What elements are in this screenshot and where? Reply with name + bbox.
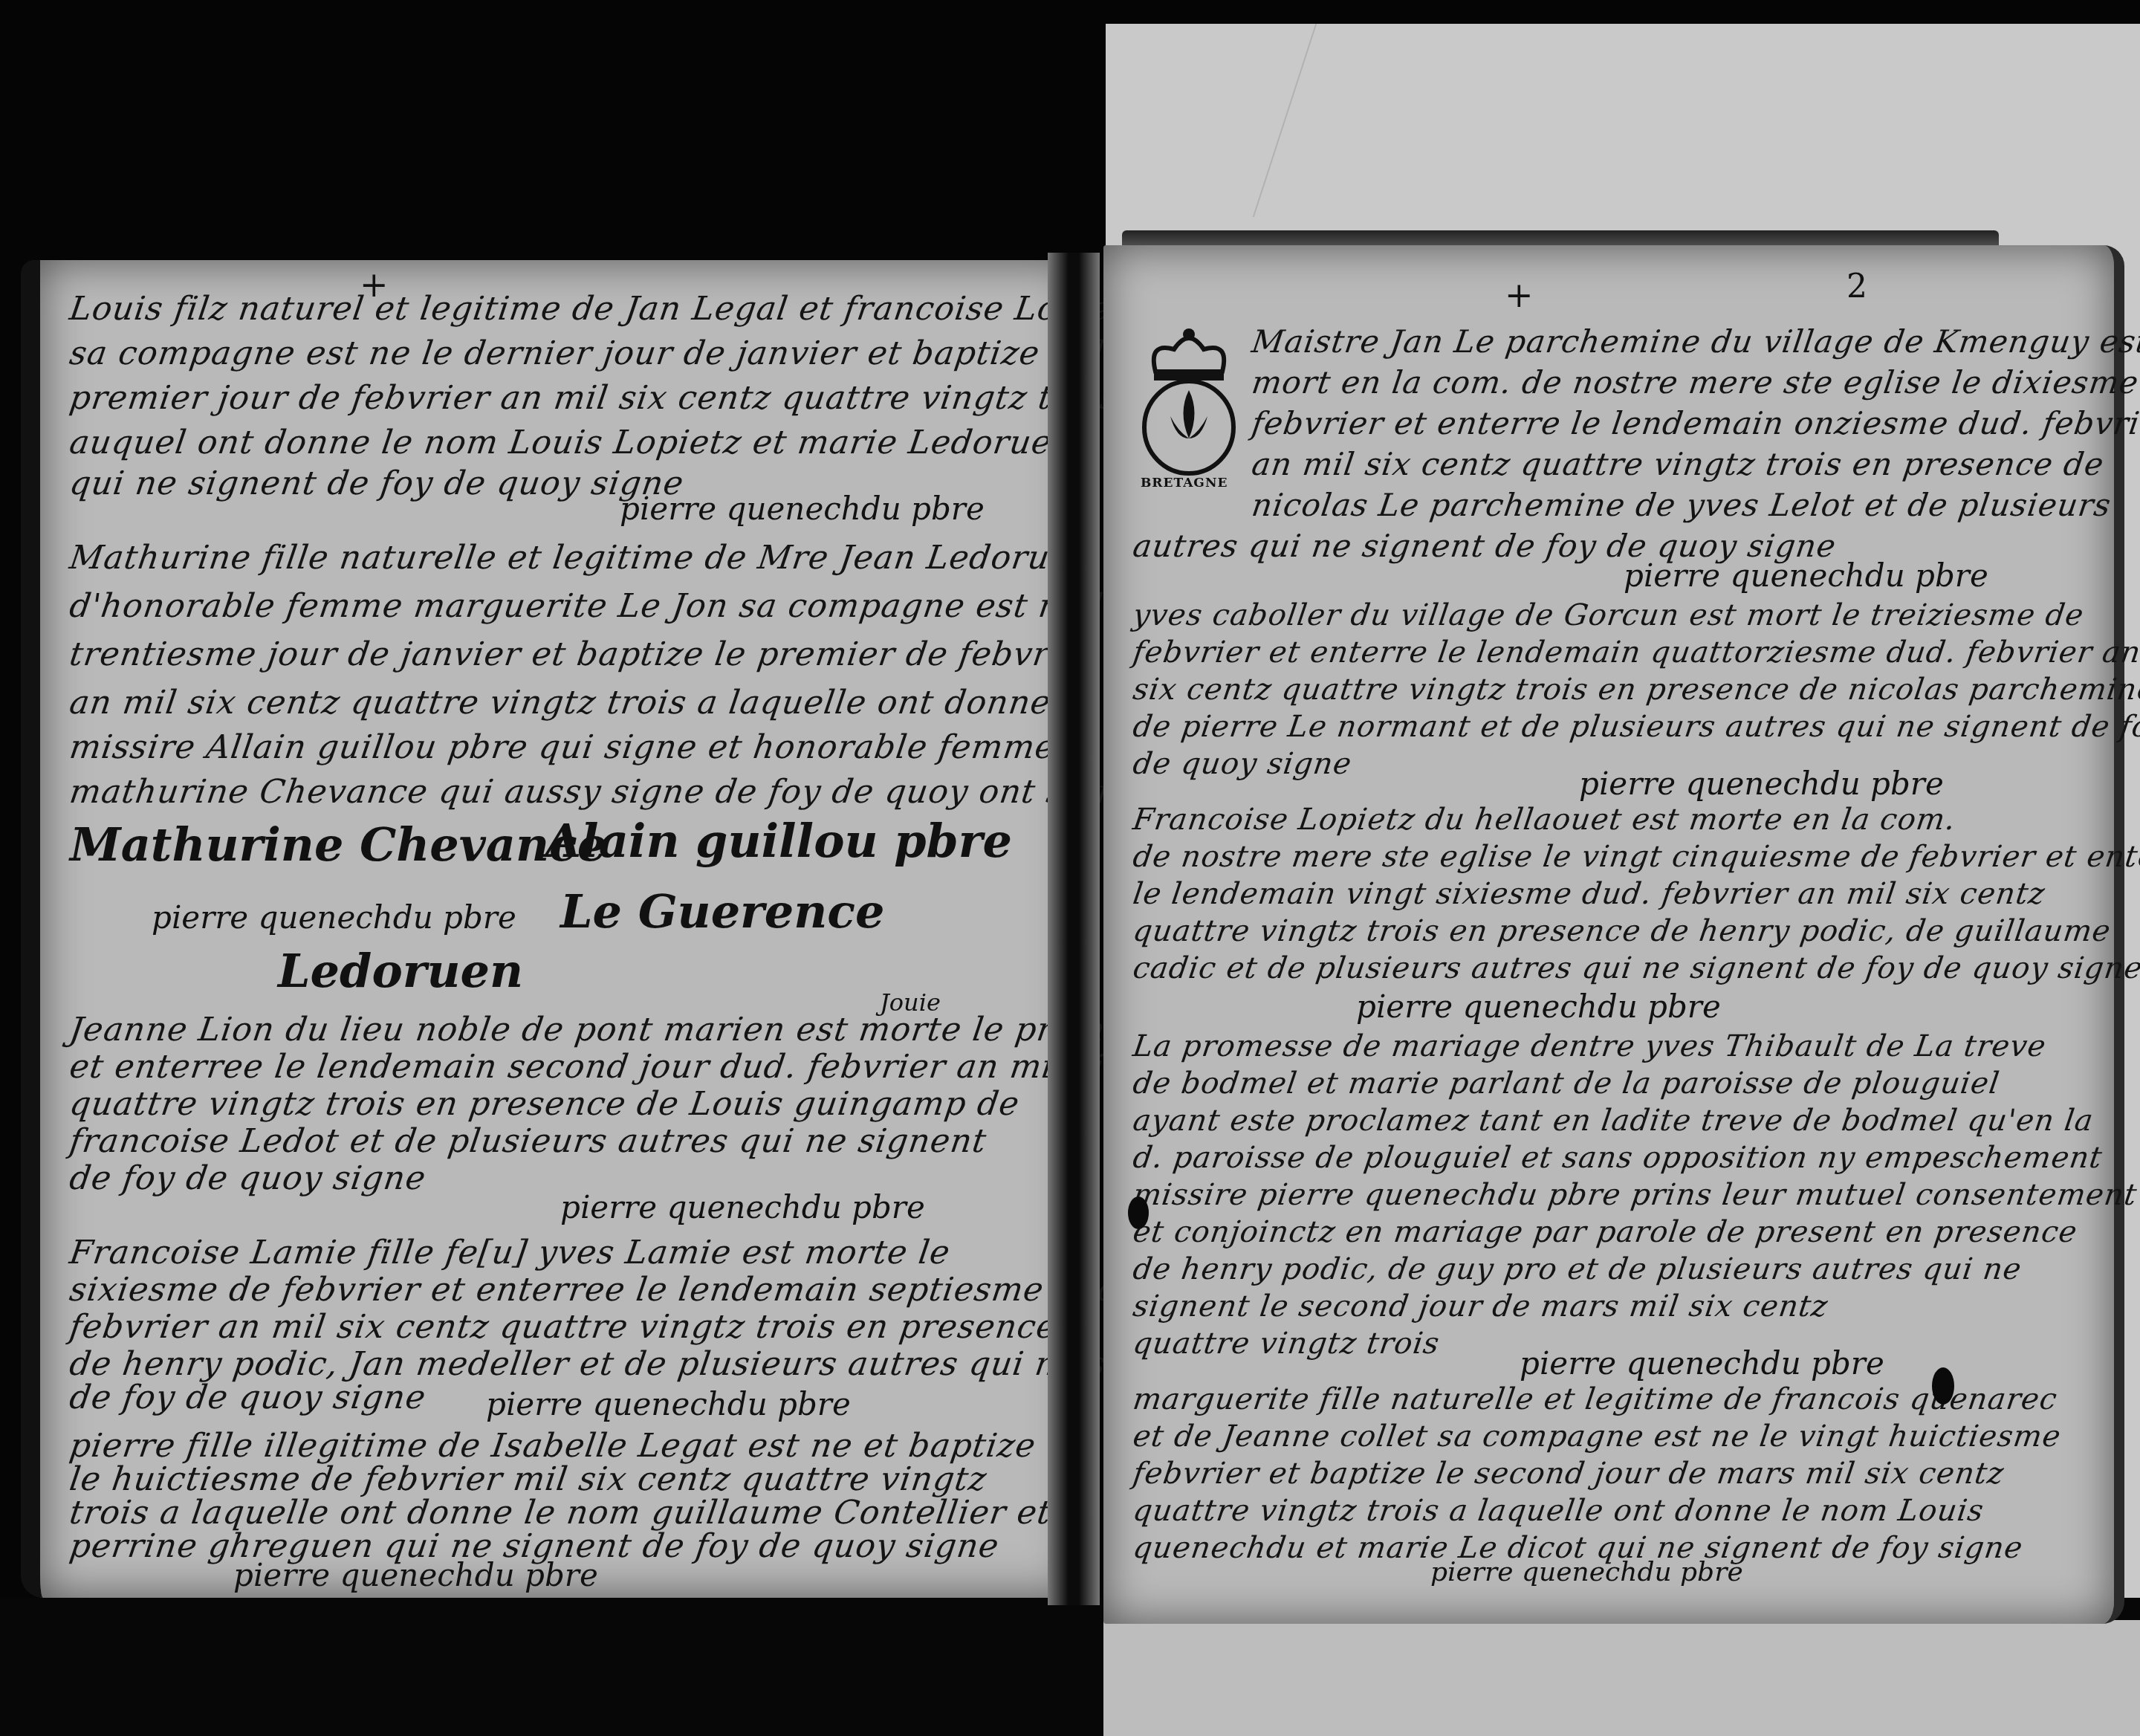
priest-signature: pierre quenechdu pbre (1579, 765, 1944, 802)
priest-signature: pierre quenechdu pbre (1520, 1345, 1884, 1382)
right-page: + 2 Maistre Jan Le parchemine du village… (1103, 245, 2124, 1624)
entry-line: de quoy signe (1131, 747, 1355, 781)
entry-line: de henry podic, de guy pro et de plusieu… (1131, 1252, 2024, 1286)
entry-line: de nostre mere ste eglise le vingt cinqu… (1131, 840, 2140, 874)
entry-line: quattre vingtz trois a laquelle ont donn… (1131, 1494, 1986, 1528)
entry-line: d'honorable femme marguerite Le Jon sa c… (67, 587, 1126, 625)
entry-line: La promesse de mariage dentre yves Thiba… (1131, 1029, 2049, 1063)
witness-signature: Le Guerence (560, 884, 884, 939)
entry-line: et conjoinctz en mariage par parole de p… (1131, 1215, 2080, 1249)
book-spine (1048, 253, 1100, 1605)
entry-line: ayant este proclamez tant en ladite trev… (1131, 1104, 2096, 1138)
entry-line: yves caboller du village de Gorcun est m… (1131, 598, 2086, 632)
entry-line: le lendemain vingt sixiesme dud. febvrie… (1131, 877, 2048, 911)
ink-blot (1128, 1196, 1149, 1229)
entry-line: le huictiesme de febvrier mil six centz … (67, 1460, 989, 1498)
entry-line: quattre vingtz trois en presence de henr… (1131, 914, 2113, 948)
entry-line: Francoise Lamie fille fe[u] yves Lamie e… (67, 1234, 953, 1272)
entry-line: six centz quattre vingtz trois en presen… (1131, 673, 2140, 707)
entry-line: missire pierre quenechdu pbre prins leur… (1131, 1178, 2139, 1212)
entry-line: febvrier an mil six centz quattre vingtz… (67, 1308, 1059, 1346)
entry-line: mathurine Chevance qui aussy signe de fo… (67, 773, 1141, 811)
entry-line: marguerite fille naturelle et legitime d… (1131, 1382, 2060, 1416)
entry-line: nicolas Le parchemine de yves Lelot et d… (1250, 487, 2114, 523)
entry-line: febvrier et baptize le second jour de ma… (1131, 1457, 2006, 1491)
entry-line: Louis filz naturel et legitime de Jan Le… (67, 290, 1127, 328)
priest-signature: pierre quenechdu pbre (1356, 988, 1721, 1025)
priest-signature: pierre quenechdu pbre (486, 1386, 851, 1422)
entry-line: Mathurine fille naturelle et legitime de… (67, 539, 1139, 577)
entry-line: et de Jeanne collet sa compagne est ne l… (1131, 1419, 2063, 1454)
entry-line: francoise Ledot et de plusieurs autres q… (67, 1122, 989, 1160)
entry-line: quattre vingtz trois en presence de Loui… (67, 1085, 1022, 1123)
entry-line: Francoise Lopietz du hellaouet est morte… (1131, 803, 1958, 837)
entry-line: sixiesme de febvrier et enterree le lend… (67, 1271, 1133, 1309)
entry-line: missire Allain guillou pbre qui signe et… (67, 728, 1057, 766)
entry-line: an mil six centz quattre vingtz trois a … (67, 684, 1095, 722)
entry-line: pierre fille illegitime de Isabelle Lega… (67, 1427, 1038, 1465)
entry-line: de bodmel et marie parlant de la paroiss… (1131, 1066, 2002, 1101)
witness-signature: Mathurine Chevance (70, 817, 606, 872)
entry-line: febvrier et enterre le lendemain onziesm… (1250, 405, 2140, 441)
priest-signature: pierre quenechdu pbre (620, 490, 985, 527)
entry-line: d. paroisse de plouguiel et sans opposit… (1131, 1141, 2105, 1175)
crowned-fleur-de-lis-stamp-icon (1133, 327, 1245, 498)
entry-line: Maistre Jan Le parchemine du village de … (1250, 323, 2140, 360)
priest-signature: pierre quenechdu pbre (1624, 557, 1988, 594)
stamp-label: BRETAGNE (1141, 476, 1228, 490)
entry-line: febvrier et enterre le lendemain quattor… (1131, 635, 2140, 670)
entry-line: de foy de quoy signe (67, 1159, 428, 1197)
entry-line: mort en la com. de nostre mere ste eglis… (1250, 364, 2140, 401)
entry-line: trois a laquelle ont donne le nom guilla… (67, 1494, 1054, 1532)
witness-signature: Ledoruen (278, 944, 523, 998)
priest-signature: Alain guillou pbre (545, 814, 1012, 868)
left-page: + Louis filz naturel et legitime de Jan … (21, 260, 1077, 1598)
folio-number: 2 (1846, 268, 1867, 305)
priest-signature: pierre quenechdu pbre (233, 1557, 598, 1593)
entry-line: trentiesme jour de janvier et baptize le… (67, 635, 1099, 673)
priest-signature: pierre quenechdu pbre (560, 1189, 925, 1225)
entry-line: premier jour de febvrier an mil six cent… (67, 379, 1120, 417)
entry-line: quattre vingtz trois (1131, 1327, 1442, 1361)
entry-line: signent le second jour de mars mil six c… (1131, 1289, 1830, 1324)
entry-line: de henry podic, Jan medeller et de plusi… (67, 1345, 1219, 1383)
entry-line: auquel ont donne le nom Louis Lopietz et… (67, 424, 1076, 461)
entry-line: de foy de quoy signe (67, 1379, 428, 1416)
priest-signature: pierre quenechdu pbre (1430, 1557, 1743, 1587)
priest-signature: pierre quenechdu pbre (152, 899, 516, 936)
entry-line: cadic et de plusieurs autres qui ne sign… (1131, 951, 2140, 985)
ink-blot (1932, 1367, 1954, 1405)
backing-bottom (1103, 1620, 2140, 1736)
entry-line: de pierre Le normant et de plusieurs aut… (1131, 710, 2140, 744)
entry-line: an mil six centz quattre vingtz trois en… (1250, 446, 2107, 482)
cross-mark: + (1505, 275, 1534, 315)
entry-line: qui ne signent de foy de quoy signe (67, 464, 686, 502)
